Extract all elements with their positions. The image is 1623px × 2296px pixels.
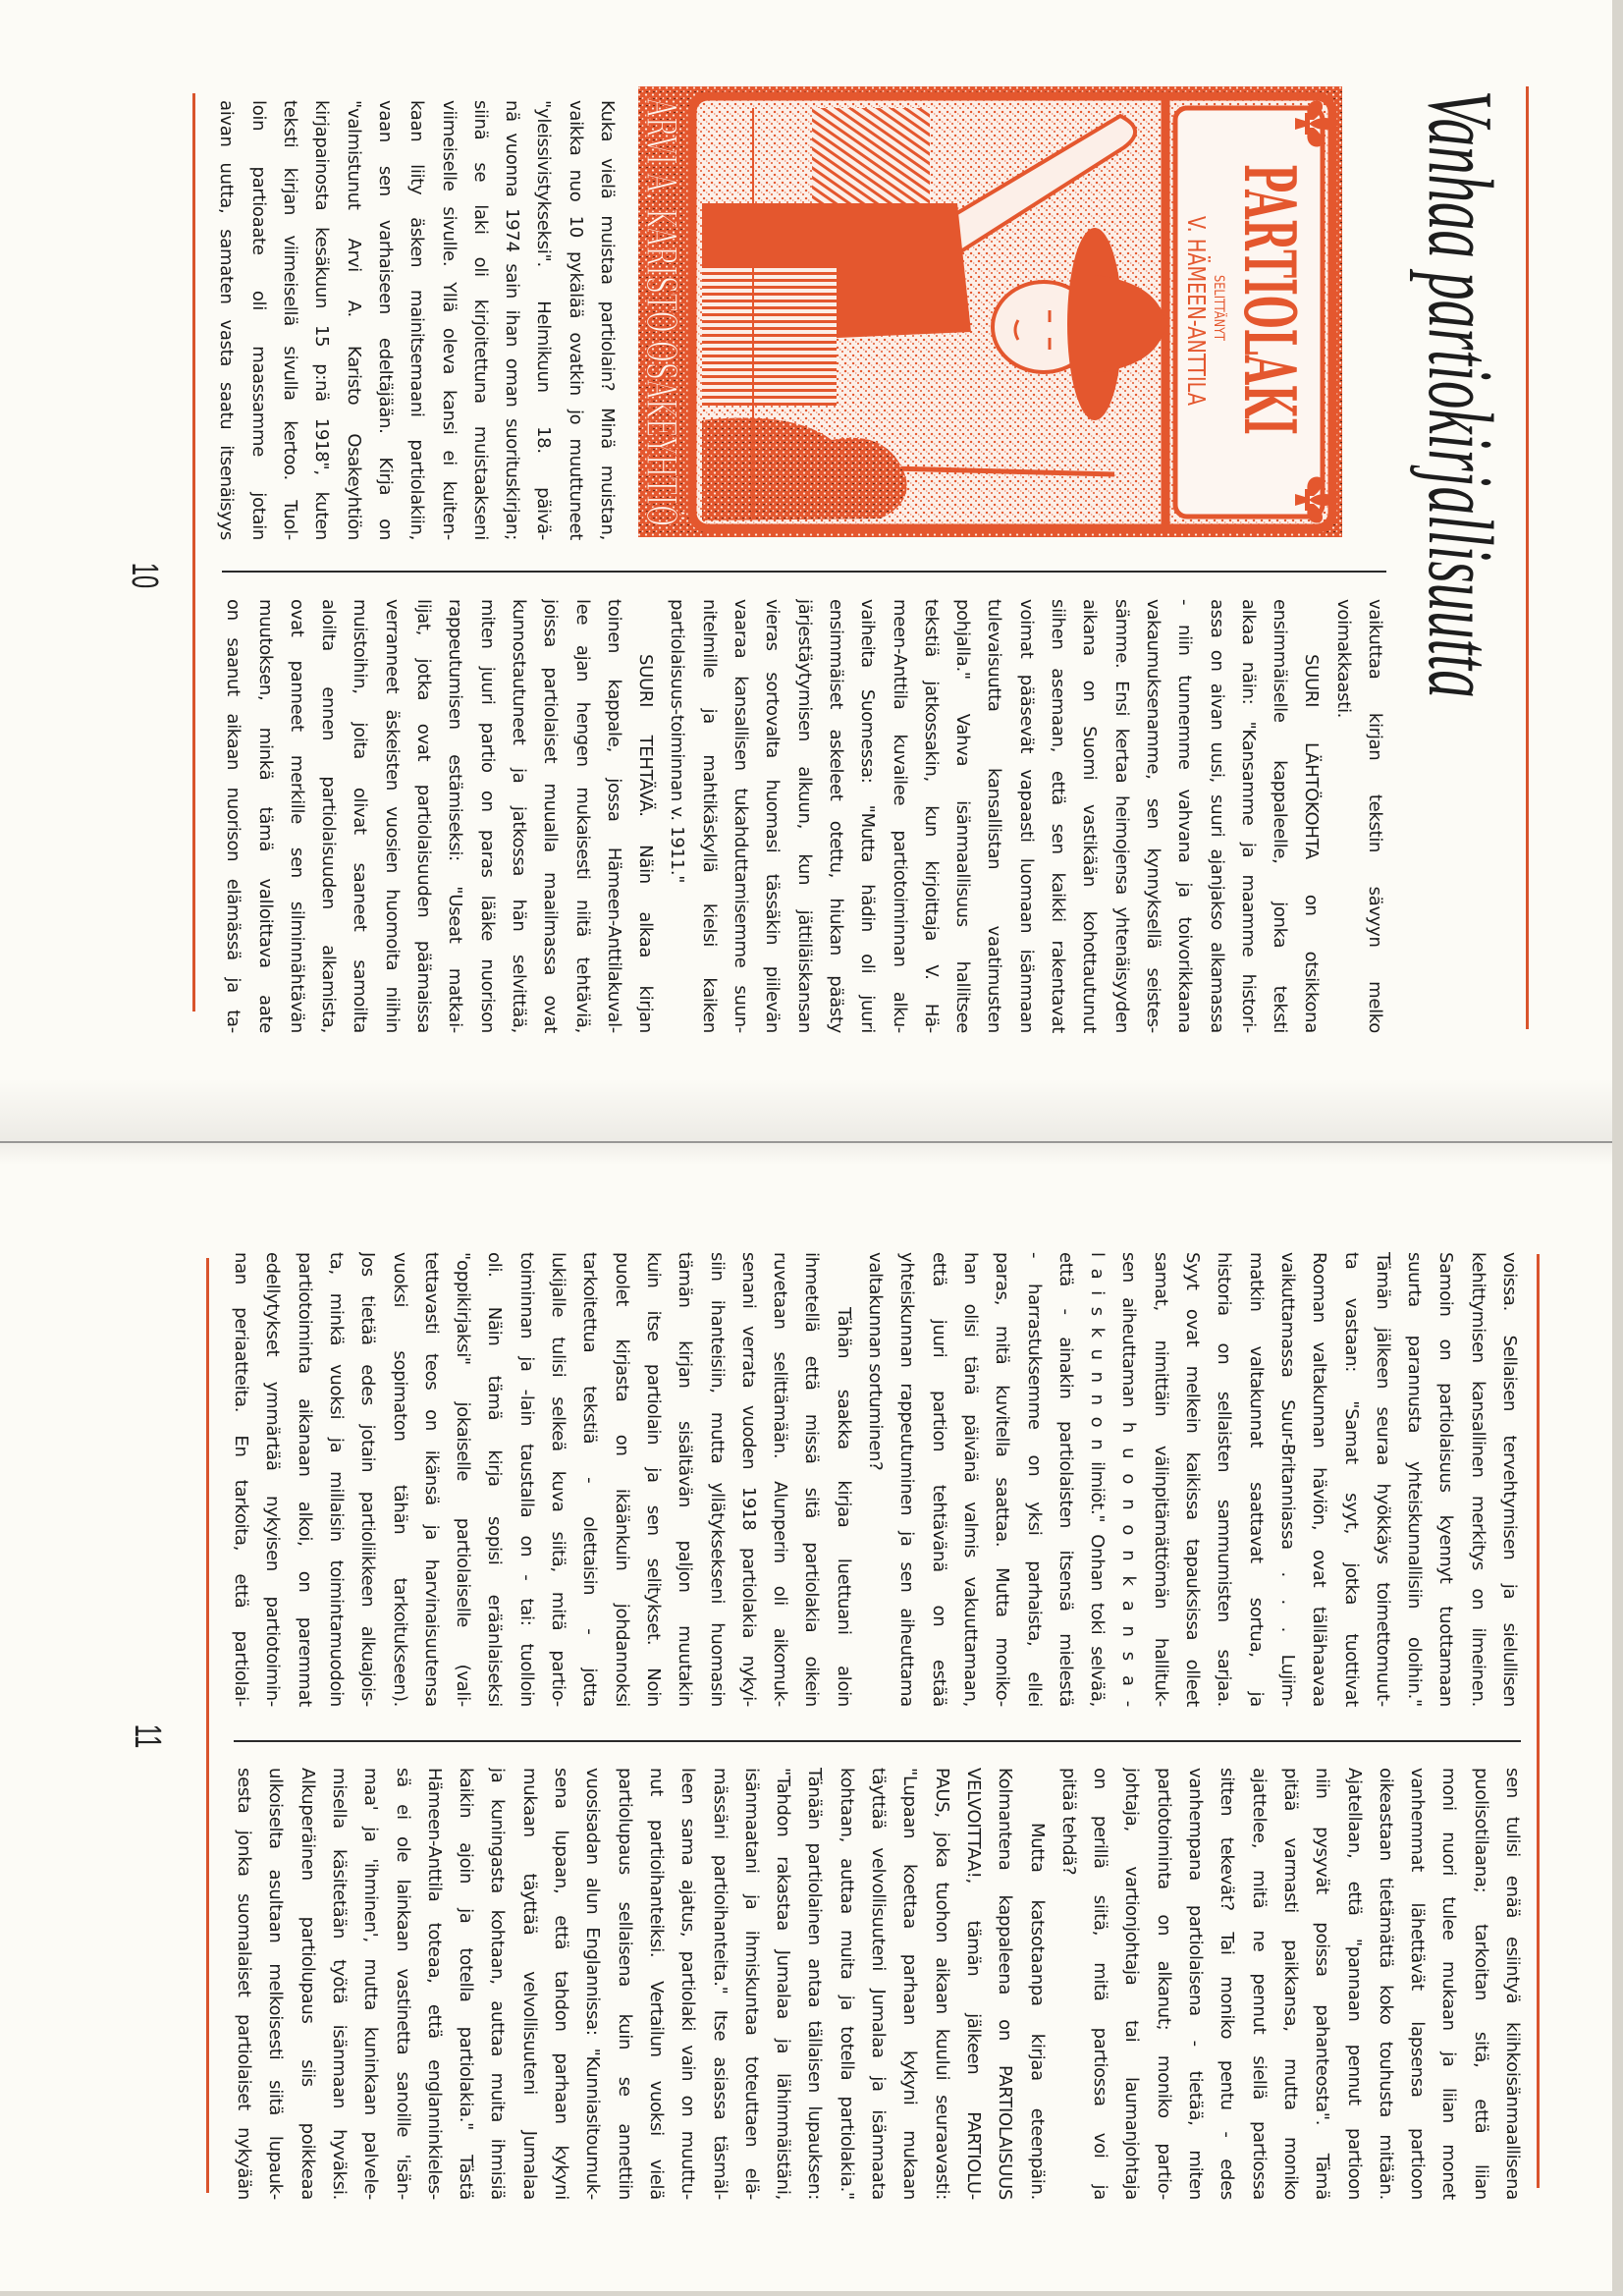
text-line: isänmaatani ja ihmiskuntaa toteuttaen el… bbox=[735, 1768, 767, 2200]
text-line: puolet kirjasta on ikäänkuin johdannoksi bbox=[605, 1252, 636, 1707]
text-line: ruvetaan selittämään. Alunperin oli aiko… bbox=[764, 1252, 795, 1707]
text-line: Mutta katsotaanpa kirjaa eteenpäin. bbox=[1020, 1768, 1052, 2200]
text-line: ta, minkä vuoksi ja millaisin toimintamu… bbox=[320, 1252, 352, 1707]
column-right: sen tulisi enää esiintyä kiihkoisänmaall… bbox=[228, 1768, 1528, 2200]
text-line: Alkuperäinen partiolupaus siis poikkeaa bbox=[291, 1768, 322, 2200]
text-line: maa' ja 'ihminen', mutta kuninkaan palve… bbox=[354, 1768, 386, 2200]
text-line: ulkoiselta asultaan melkoisesti siitä lu… bbox=[259, 1768, 291, 2200]
text-line: ihmetellä että missä sitä partiolakia oi… bbox=[795, 1252, 827, 1707]
text-line: johtaja, vartionjohtaja tai laumanjohtaj… bbox=[1115, 1768, 1147, 2200]
text-line: vuoksi sopimaton tähän tarkoitukseen). bbox=[383, 1252, 414, 1707]
text-line: sen aiheuttaman h u o n o n k a n s a - bbox=[1112, 1252, 1144, 1707]
text-line: tämän kirjan sisältävän paljon muutakin bbox=[669, 1252, 700, 1707]
text-line: vanhemmat lähettävät lapsensa partioon bbox=[1401, 1768, 1433, 2200]
column-divider bbox=[234, 1740, 1521, 1742]
top-rule bbox=[1537, 1254, 1540, 2188]
text-line: mässäni partioihanteita." Itse asiassa t… bbox=[703, 1768, 734, 2200]
text-line: kuin itse partiolain ja sen selitykset. … bbox=[637, 1252, 669, 1707]
text-line: tettavasti teos on ikänsä ja harvinaisuu… bbox=[415, 1252, 447, 1707]
text-line: voissa. Sellaisen tervehtymisen ja sielu… bbox=[1493, 1252, 1525, 1707]
text-line: Ajatellaan, että "pannaan pennut partioo… bbox=[1337, 1768, 1369, 2200]
text-line: leen sama ajatus, partiolaki vain on muu… bbox=[672, 1768, 703, 2200]
text-line: että juuri partion tehtävänä on estää bbox=[922, 1252, 953, 1707]
text-line: pitää tehdä? bbox=[1053, 1768, 1084, 2200]
text-line: sesta jonka suomalaiset partiolaiset nyk… bbox=[228, 1768, 259, 2200]
text-line: moni nuori tulee mukaan ja liian monet bbox=[1433, 1768, 1464, 2200]
text-line: sitten tekevät? Tai moniko pentu - edes bbox=[1211, 1768, 1242, 2200]
text-line: ajattelee, mitä ne pennut siellä partios… bbox=[1242, 1768, 1273, 2200]
text-line: Tänään partiolainen antaa tällaisen lupa… bbox=[798, 1768, 830, 2200]
text-line: puolisotilaana; tarkoitan sitä, että lii… bbox=[1464, 1768, 1495, 2200]
text-line: - harrastuksemme on yksi parhaista, elle… bbox=[1017, 1252, 1049, 1707]
text-line: lukijalle tulisi selkeä kuva siitä, mitä… bbox=[542, 1252, 573, 1707]
text-line: partiolupaus sellaisena kuin se annettii… bbox=[608, 1768, 639, 2200]
text-line: pitää varmasti paikkansa, mutta moniko bbox=[1274, 1768, 1306, 2200]
text-line: senani verrata vuoden 1918 partiolakia n… bbox=[732, 1252, 764, 1707]
text-line: "oppikirjaksi" jokaiselle partiolaiselle… bbox=[447, 1252, 478, 1707]
text-line: "Tahdon rakastaa Jumalaa ja lähimmäistän… bbox=[767, 1768, 798, 2200]
text-line: että - ainakin partiolaisten itsensä mie… bbox=[1050, 1252, 1081, 1707]
bottom-rule bbox=[206, 1258, 209, 2193]
text-line: matkin valtakunnat saattavat sortua, ja bbox=[1239, 1252, 1271, 1707]
text-line: siin ihanteisiin, mutta yllätyksekseni h… bbox=[700, 1252, 731, 1707]
text-line: valtakunnan sortuminen? bbox=[859, 1252, 891, 1707]
text-line: oikeastaan tietämättä koko touhusta mitä… bbox=[1370, 1768, 1401, 2200]
text-line: Kolmantena kappaleena on PARTIOLAISUUS bbox=[989, 1768, 1020, 2200]
page-11: voissa. Sellaisen tervehtymisen ja sielu… bbox=[0, 0, 1623, 2291]
text-line: vuosisadan alun Englannissa: "Kunniasito… bbox=[576, 1768, 608, 2200]
magazine-spread: Vanhaa partiokirjallisuutta bbox=[0, 0, 1623, 2296]
text-line: suurta parannusta yhteiskunnallisiin olo… bbox=[1398, 1252, 1430, 1707]
text-line: PAUS, joka tuohon aikaan kuului seuraava… bbox=[925, 1768, 956, 2200]
text-line: edellytykset ymmärtää nykyisen partiotoi… bbox=[256, 1252, 288, 1707]
page-number: 11 bbox=[128, 1712, 167, 1761]
text-line: "Lupaan koettaa parhaan kykyni mukaan bbox=[893, 1768, 925, 2200]
text-line: samat, nimittäin välinpitämättömän halli… bbox=[1144, 1252, 1175, 1707]
text-line: toiminnan ja -lain taustalla on - tai: t… bbox=[511, 1252, 542, 1707]
text-line: kaikin ajoin ja totella partiolakia." Tä… bbox=[450, 1768, 481, 2200]
text-line: l a i s k u n n o n ilmiöt." Onhan toki … bbox=[1081, 1252, 1112, 1707]
text-line: Jos tietää edes jotain partioliikkeen al… bbox=[352, 1252, 383, 1707]
text-line: niin pysyvät poissa pahanteosta". Tämä bbox=[1306, 1768, 1337, 2200]
text-line: Syyt ovat melkein kaikissa tapauksissa o… bbox=[1176, 1252, 1208, 1707]
text-line: mukaan täyttää velvollisuuteni Jumalaa bbox=[514, 1768, 545, 2200]
text-line: Hämeen-Anttila toteaa, että englanninkie… bbox=[418, 1768, 450, 2200]
text-line: kehittymisen kansallinen merkitys on ilm… bbox=[1461, 1252, 1492, 1707]
column-left: voissa. Sellaisen tervehtymisen ja sielu… bbox=[225, 1252, 1525, 1707]
text-line: nut partioihanteiksi. Vertailun vuoksi v… bbox=[640, 1768, 672, 2200]
text-line: paras, mitä kuvitella saattaa. Mutta mon… bbox=[986, 1252, 1017, 1707]
text-line: Rooman valtakunnan häviön, ovat tällähaa… bbox=[1303, 1252, 1334, 1707]
text-line: ja kuningasta kohtaan, auttaa muita ihmi… bbox=[481, 1768, 513, 2200]
text-line: Tämän jälkeen seuraa hyökkäys toimettomu… bbox=[1367, 1252, 1398, 1707]
text-line: han olisi tänä päivänä valmis vakuuttama… bbox=[954, 1252, 986, 1707]
text-line: on perillä siitä, mitä partiossa voi ja bbox=[1084, 1768, 1115, 2200]
text-line: yhteiskunnan rappeutuminen ja sen aiheut… bbox=[891, 1252, 922, 1707]
text-line: nan periaatteita. En tarkoita, että part… bbox=[225, 1252, 256, 1707]
text-line: partiotoiminta aikanaan alkoi, on paremm… bbox=[288, 1252, 319, 1707]
text-line: sen tulisi enää esiintyä kiihkoisänmaall… bbox=[1496, 1768, 1528, 2200]
text-line: vaikuttamassa Suur-Britanniassa . . . Lu… bbox=[1271, 1252, 1303, 1707]
text-line: sä ei ole lainkaan vastinetta sanoille '… bbox=[386, 1768, 417, 2200]
text-line: misella käsitetään työtä isänmaan hyväks… bbox=[323, 1768, 354, 2200]
text-line: täyttää velvollisuuteni Jumalaa ja isänm… bbox=[862, 1768, 893, 2200]
text-line: kohtaan, auttaa muita ja totella partiol… bbox=[830, 1768, 861, 2200]
text-line: VELVOITTAA!, tämän jälkeen PARTIOLU- bbox=[957, 1768, 989, 2200]
text-line: Samoin on partiolaisuus kyennyt tuottama… bbox=[1430, 1252, 1461, 1707]
text-line: vanhempana partiolaisena - tietää, miten bbox=[1179, 1768, 1211, 2200]
text-line: Tähän saakka kirjaa luettuani aloin bbox=[827, 1252, 858, 1707]
text-line: partiotoiminta on alkanut; moniko partio… bbox=[1147, 1768, 1178, 2200]
text-line: tarkoitettua tekstiä - olettaisin - jott… bbox=[573, 1252, 605, 1707]
text-line: sena lupaan, että tahdon parhaan kykyni bbox=[545, 1768, 576, 2200]
text-line: ta vastaan: "Samat syyt, jotka tuottivat bbox=[1334, 1252, 1366, 1707]
text-line: historia on sellaisten sammumisten sarja… bbox=[1208, 1252, 1239, 1707]
text-line: oli. Näin tämä kirja sopisi eräänlaiseks… bbox=[478, 1252, 510, 1707]
